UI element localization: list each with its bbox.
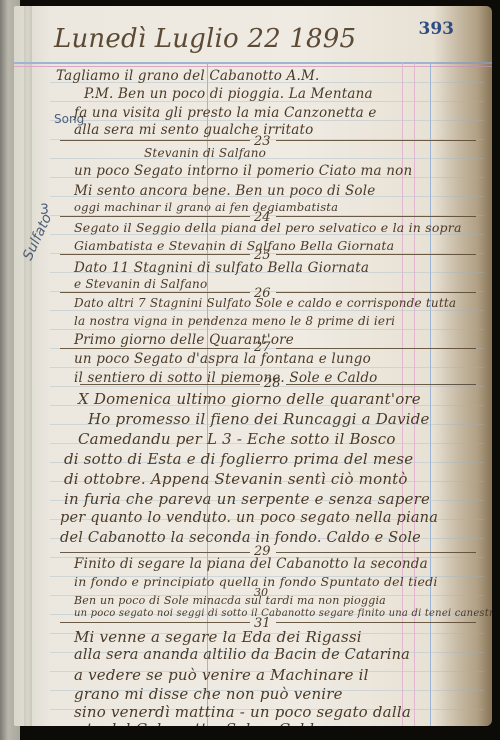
date-separator	[80, 384, 260, 385]
entry-line: parte dal Cabanotto. Sole e Caldo	[60, 720, 323, 726]
entry-line: Finito di segare la piana del Cabanotto …	[74, 556, 428, 572]
date-number: 30	[254, 586, 268, 599]
gutter	[24, 6, 32, 726]
entry-line: un poco Segato d'aspra la fontana e lung…	[74, 351, 371, 367]
column-rule	[430, 63, 431, 726]
date-separator	[60, 292, 250, 293]
entry-line: fa una visita gli presto la mia Canzonet…	[74, 105, 377, 121]
entry-line: e Stevanin di Salfano	[74, 277, 207, 291]
entry-line: un poco Segato intorno il pomerio Ciato …	[74, 163, 412, 179]
entry-line: Giambatista e Stevanin di Salfano Bella …	[74, 238, 394, 253]
entry-line: Stevanin di Salfano	[144, 146, 266, 160]
entry-line: X Domenica ultimo giorno delle quarant'o…	[78, 390, 421, 408]
entry-line: Mi venne a segare la Eda dei Rigassi	[74, 628, 362, 646]
entry-line: sino venerdì mattina - un poco segato da…	[74, 703, 411, 721]
entry-line: oggi machinar il grano ai fen degiambati…	[74, 200, 338, 214]
entry-line: la nostra vigna in pendenza meno le 8 pr…	[74, 314, 395, 328]
entry-line: del Cabanotto la seconda in fondo. Caldo…	[60, 530, 421, 546]
ruled-line	[50, 367, 484, 368]
date-separator	[60, 254, 250, 255]
date-separator	[60, 348, 250, 349]
entry-line: Ho promesso il fieno dei Runcaggi a Davi…	[88, 410, 430, 428]
entry-line: grano mi disse che non può venire	[74, 685, 343, 703]
entry-line: di ottobre. Appena Stevanin sentì ciò mo…	[64, 470, 408, 488]
entry-line: Camedandu per L 3 - Eche sotto il Bosco	[78, 430, 396, 448]
entry-line: Tagliamo il grano del Cabanotto A.M.	[56, 68, 320, 84]
entry-line: per quanto lo venduto. un poco segato ne…	[60, 510, 438, 526]
date-separator	[60, 140, 250, 141]
date-separator	[60, 552, 250, 553]
ruled-line	[50, 158, 484, 159]
page-edge-shadow	[432, 6, 492, 726]
entry-line: Dato 11 Stagnini di sulfato Bella Giorna…	[74, 260, 369, 276]
entry-line: Mi sento ancora bene. Ben un poco di Sol…	[74, 183, 375, 199]
ruled-line	[50, 310, 484, 311]
entry-line: di sotto di Esta e di foglierro prima de…	[64, 450, 413, 468]
entry-line: Segato il Seggio della piana del pero se…	[74, 220, 462, 235]
date-separator	[60, 622, 250, 623]
date-separator	[60, 216, 250, 217]
entry-line: in furia che pareva un serpente e senza …	[64, 490, 430, 508]
entry-line: alla sera ananda altilio da Bacin de Cat…	[74, 647, 410, 663]
ruled-line	[50, 329, 484, 330]
ledger-page: 393 Lunedì Luglio 22 1895 Song 3 Sulfato…	[14, 6, 492, 726]
page-heading: Lunedì Luglio 22 1895	[54, 24, 356, 54]
entry-line: un poco segato noi seggi di sotto il Cab…	[74, 608, 492, 619]
entry-line: alla sera mi sento gualche irritato	[74, 122, 313, 138]
entry-line: Ben un poco di Sole minacda sul tardi ma…	[74, 594, 386, 607]
date-number: 28	[264, 376, 281, 391]
header-rule-red	[14, 66, 492, 67]
header-rule	[14, 62, 492, 64]
entry-line: Dato altri 7 Stagnini Sulfato Sole e cal…	[74, 296, 456, 310]
entry-line: P.M. Ben un poco di pioggia. La Mentana	[84, 86, 373, 102]
entry-line: a vedere se può venire a Machinare il	[74, 666, 369, 684]
